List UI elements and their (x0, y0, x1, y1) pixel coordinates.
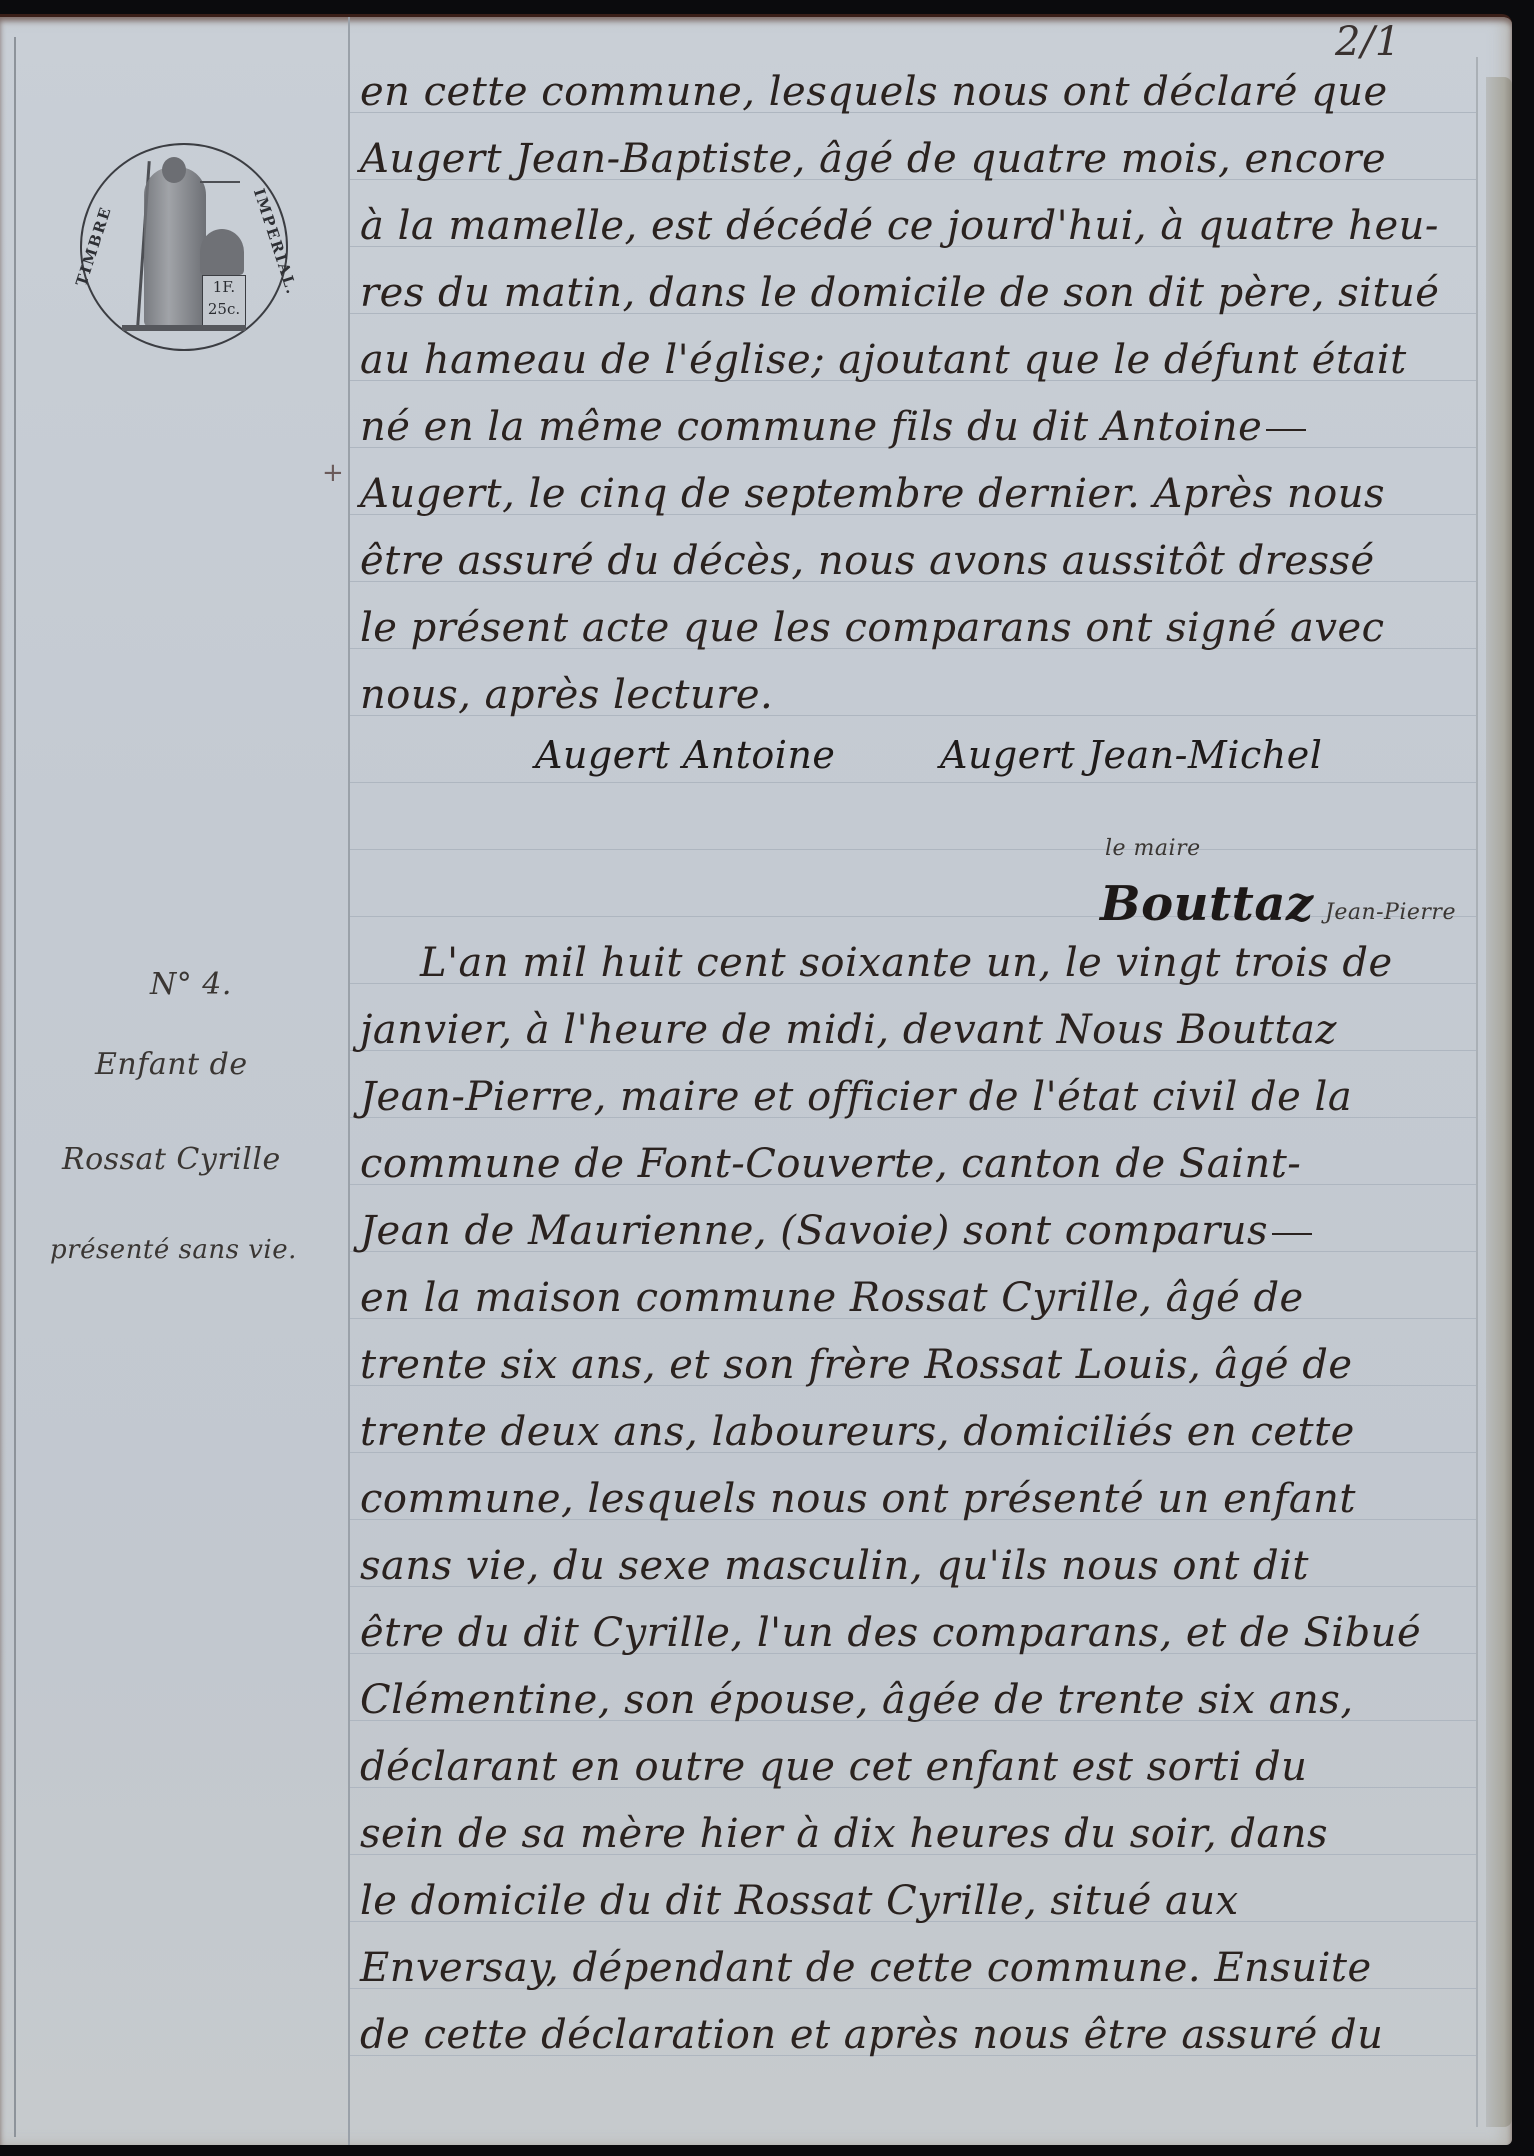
eagle-icon (200, 229, 244, 275)
signature-augert-jean-michel: Augert Jean-Michel (940, 736, 1322, 774)
imperial-stamp: 1F. 25c. TIMBRE IMPERIAL. (80, 143, 288, 351)
text-line: le domicile du dit Rossat Cyrille, situé… (360, 1881, 1239, 1921)
text-line: Augert Jean-Baptiste, âgé de quatre mois… (360, 139, 1386, 179)
stamp-base (122, 325, 246, 331)
signature-mayor: Bouttaz (1100, 880, 1314, 928)
text-line: être du dit Cyrille, l'un des comparans,… (360, 1613, 1421, 1653)
page-number: 2/1 (1335, 22, 1401, 62)
text-line: sans vie, du sexe masculin, qu'ils nous … (360, 1546, 1309, 1586)
justice-figure-icon (144, 167, 206, 327)
margin-note-line: Enfant de (95, 1050, 248, 1080)
text-line: res du matin, dans le domicile de son di… (360, 273, 1439, 313)
text-line: janvier, à l'heure de midi, devant Nous … (360, 1010, 1337, 1050)
mayor-title: le maire (1105, 838, 1201, 860)
text-line: L'an mil huit cent soixante un, le vingt… (420, 943, 1393, 983)
margin-note-line: présenté sans vie. (50, 1237, 297, 1263)
binding-line (14, 37, 16, 2137)
justice-head-icon (162, 157, 186, 183)
stamp-value-cents: 25c. (203, 298, 245, 320)
signature-augert-antoine: Augert Antoine (535, 736, 835, 774)
text-line: commune de Font-Couverte, canton de Sain… (360, 1144, 1301, 1184)
text-line: Enversay, dépendant de cette commune. En… (360, 1948, 1372, 1988)
text-line: né en la même commune fils du dit Antoin… (360, 407, 1306, 447)
text-line: être assuré du décès, nous avons aussitô… (360, 541, 1375, 581)
text-line: en la maison commune Rossat Cyrille, âgé… (360, 1278, 1304, 1318)
scales-icon (200, 181, 240, 183)
stamp-value-franc: 1F. (203, 276, 245, 298)
text-line: nous, après lecture. (360, 675, 773, 715)
text-line: trente deux ans, laboureurs, domiciliés … (360, 1412, 1355, 1452)
text-line: trente six ans, et son frère Rossat Loui… (360, 1345, 1353, 1385)
entry-number: N° 4. (150, 970, 232, 1000)
text-line: commune, lesquels nous ont présenté un e… (360, 1479, 1356, 1519)
text-line: au hameau de l'église; ajoutant que le d… (360, 340, 1407, 380)
margin-rule (348, 17, 350, 2145)
text-line: de cette déclaration et après nous être … (360, 2015, 1383, 2055)
text-line: le présent acte que les comparans ont si… (360, 608, 1385, 648)
margin-mark: + (322, 458, 344, 488)
margin-note-line: Rossat Cyrille (62, 1145, 281, 1175)
text-line: Jean-Pierre, maire et officier de l'état… (360, 1077, 1352, 1117)
text-line: Jean de Maurienne, (Savoie) sont comparu… (360, 1211, 1312, 1251)
text-line: en cette commune, lesquels nous ont décl… (360, 72, 1388, 112)
ruled-line (350, 849, 1476, 850)
text-line: Clémentine, son épouse, âgée de trente s… (360, 1680, 1354, 1720)
ruled-line (350, 782, 1476, 783)
right-margin-rule (1476, 57, 1478, 2127)
stamp-value-box: 1F. 25c. (202, 275, 246, 327)
text-line: Augert, le cinq de septembre dernier. Ap… (360, 474, 1385, 514)
text-line: à la mamelle, est décédé ce jourd'hui, à… (360, 206, 1439, 246)
page-edge (1486, 77, 1512, 2127)
text-line: déclarant en outre que cet enfant est so… (360, 1747, 1307, 1787)
signature-mayor-firstname: Jean-Pierre (1325, 902, 1456, 924)
text-line: sein de sa mère hier à dix heures du soi… (360, 1814, 1328, 1854)
